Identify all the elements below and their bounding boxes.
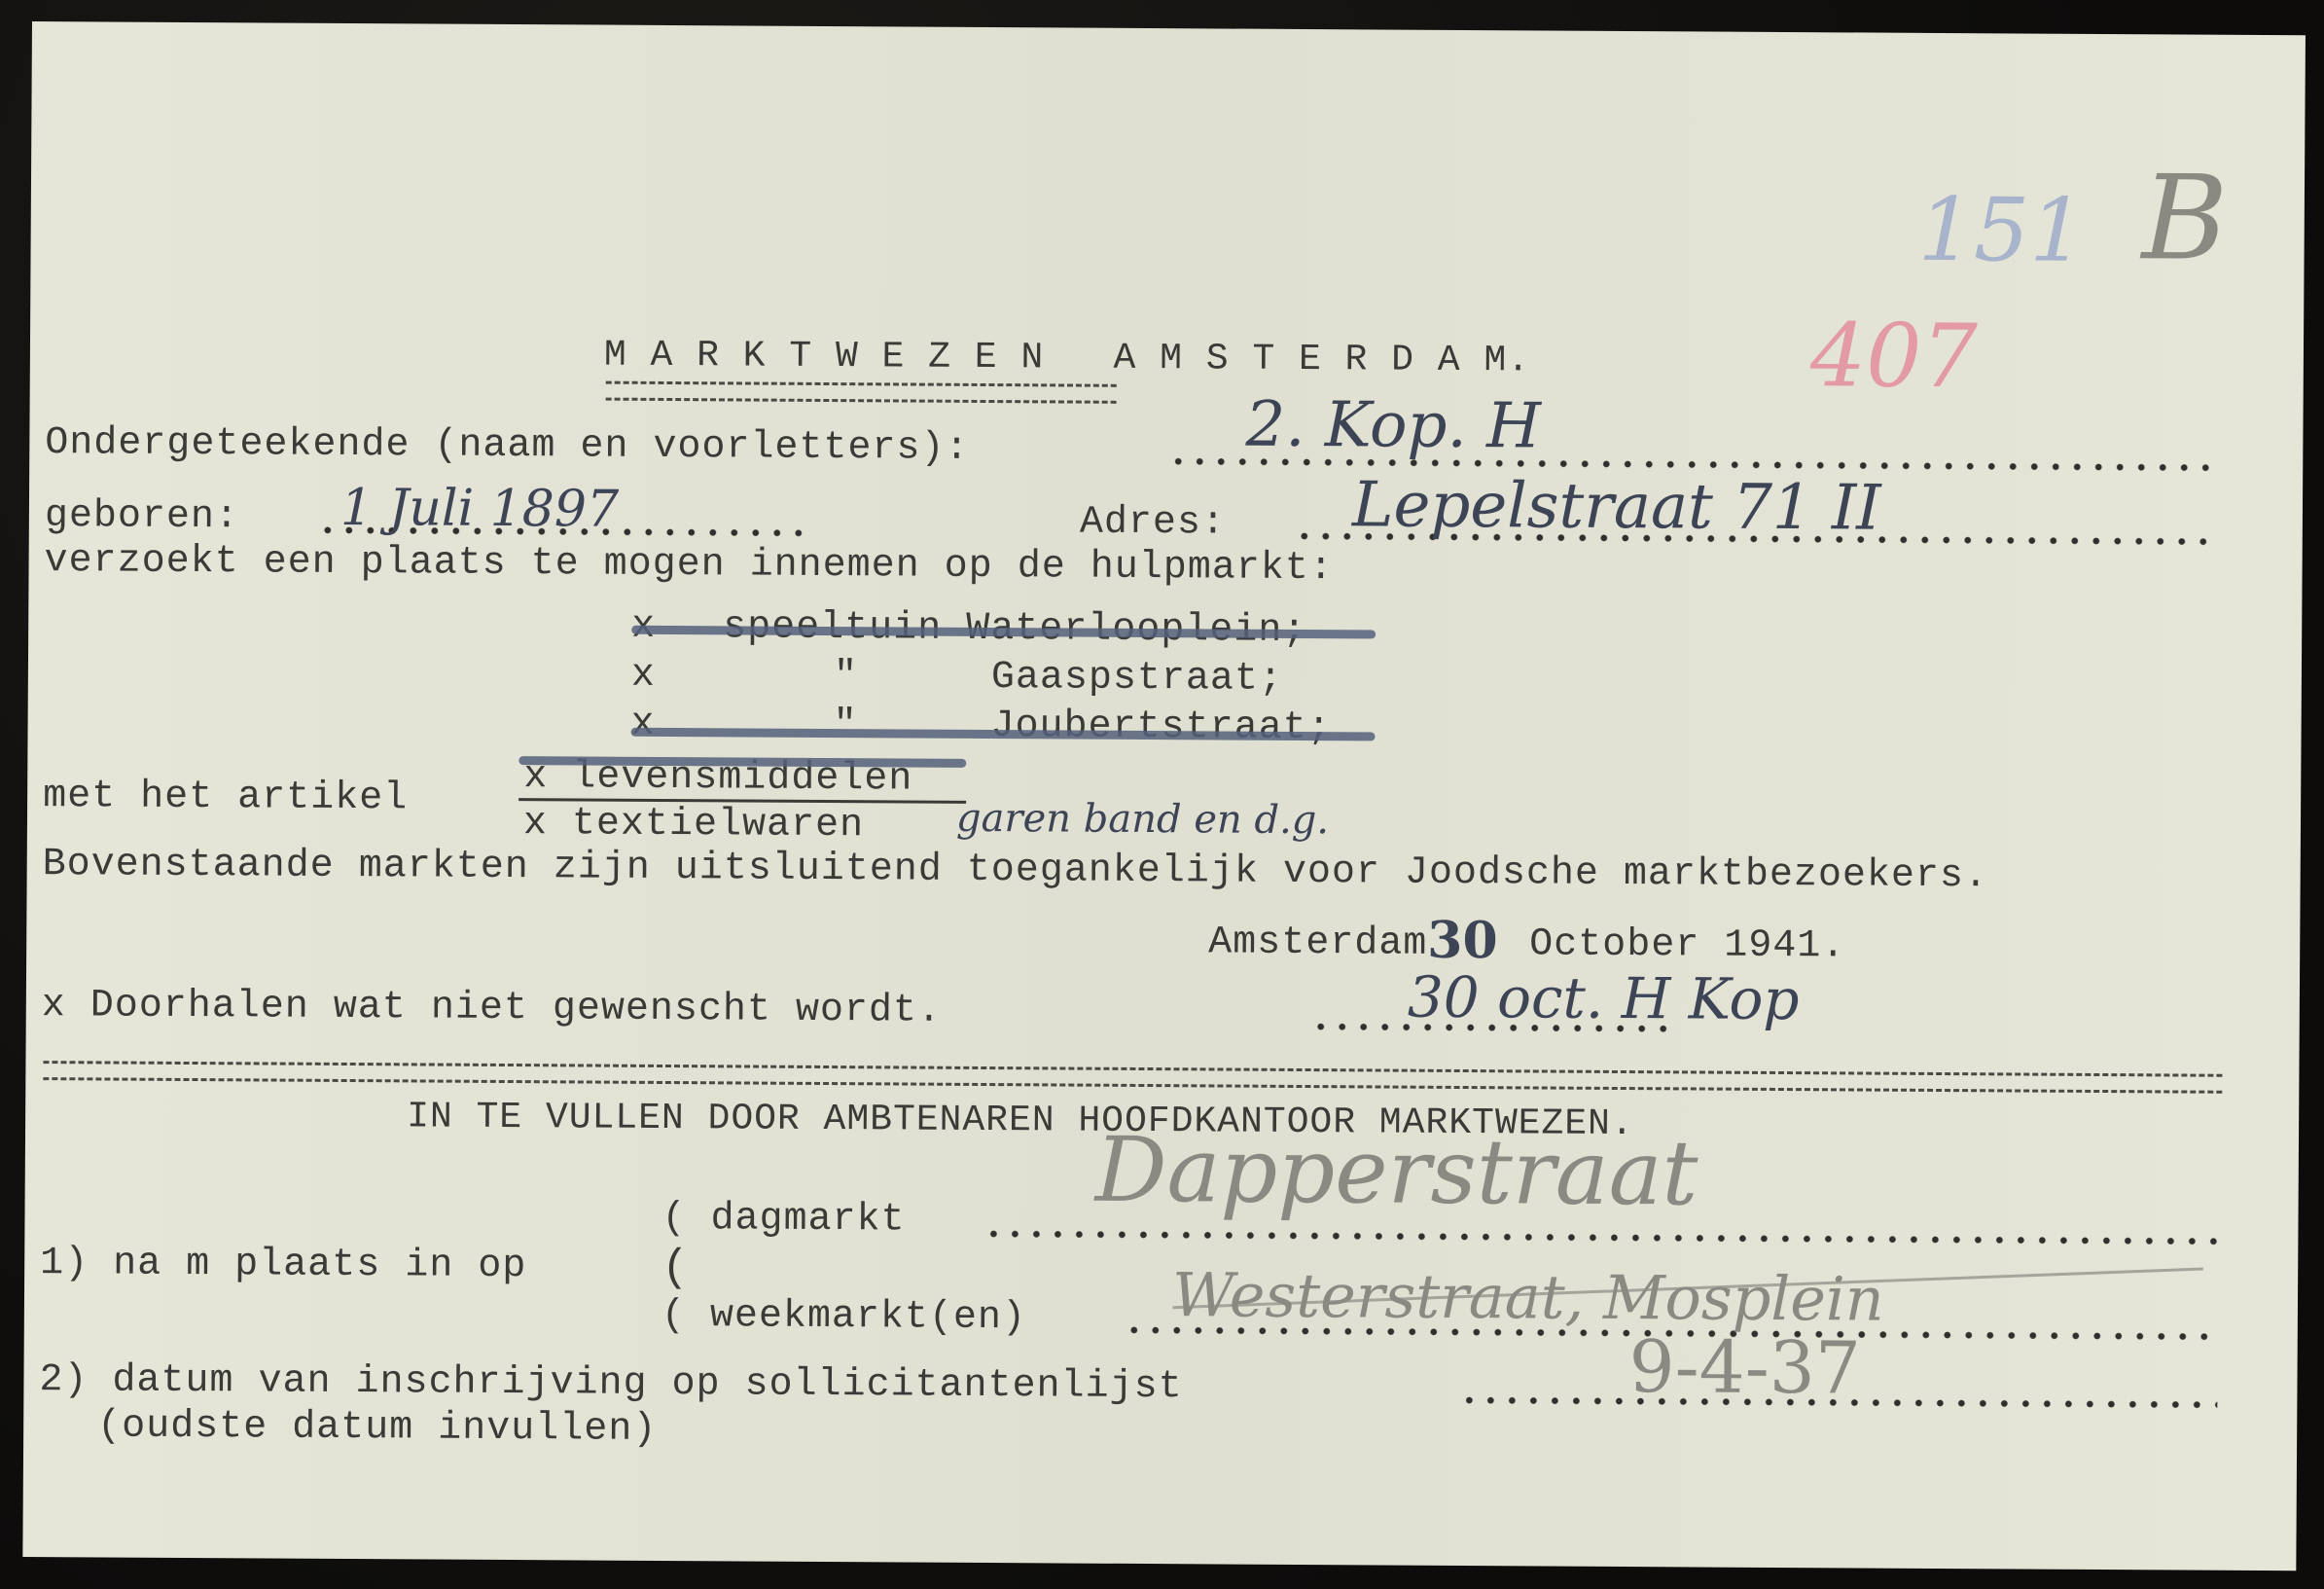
market-ditto: " <box>834 656 858 699</box>
article-option[interactable]: x levensmiddelen <box>32 21 2306 35</box>
place-label: Amsterdam <box>1208 921 1427 965</box>
form-card: 151 B 407 M A R K T W E Z E N A M S T E … <box>22 21 2306 1571</box>
section-double-divider <box>43 1061 2222 1094</box>
signature-field[interactable]: 30 oct. H Kop <box>1408 964 1800 1032</box>
article-handwritten-note: garen band en d.g. <box>956 796 1329 843</box>
article-option-text: x textielwaren <box>523 803 864 848</box>
article-label: met het artikel <box>43 776 408 820</box>
weekmarkt-label: ( weekmarkt(en) <box>661 1295 1026 1340</box>
name-field[interactable]: 2. Kop. H <box>1245 389 1541 463</box>
request-text: verzoekt een plaats te mogen innemen op … <box>44 540 1333 591</box>
item2-sublabel: (oudste datum invullen) <box>97 1405 657 1452</box>
margin-note-blue: 151 <box>1917 179 2085 282</box>
article-option[interactable]: x textielwaren <box>32 21 2306 35</box>
date-day-field[interactable]: 30 <box>1427 911 1498 970</box>
footnote-text: x Doorhalen wat niet gewenscht wordt. <box>42 985 942 1033</box>
market-item[interactable]: x " Joubertstraat; <box>32 21 2306 35</box>
address-field[interactable]: Lepelstraat 71 II <box>1352 469 1881 544</box>
market-list: x speeltuin Waterlooplein; x " Gaaspstra… <box>32 21 2306 35</box>
birth-field[interactable]: 1 Juli 1897 <box>340 479 619 539</box>
item2-label: 2) datum van inschrijving op sollicitant… <box>39 1359 1182 1409</box>
dagmarkt-dotted-line <box>983 1229 2218 1246</box>
title-double-underline <box>606 381 1117 404</box>
margin-note-red: 407 <box>1810 305 1978 408</box>
market-ditto: " <box>833 704 857 747</box>
market-name: Gaaspstraat; <box>991 657 1283 702</box>
market-item[interactable]: x " Gaaspstraat; <box>32 21 2306 35</box>
bracket: ( <box>661 1246 690 1289</box>
address-label: Adres: <box>1080 502 1226 546</box>
birth-label: geboren: <box>45 495 239 539</box>
item1-label: 1) na m plaats in op <box>40 1243 526 1288</box>
notice-text: Bovenstaande markten zijn uitsluitend to… <box>43 844 1989 898</box>
page-title: M A R K T W E Z E N A M S T E R D A M. <box>604 335 1530 383</box>
market-marker: x <box>631 655 656 698</box>
name-label: Ondergeteekende (naam en voorletters): <box>45 422 969 471</box>
market-name: Joubertstraat; <box>990 705 1331 750</box>
date-month-year: October 1941. <box>1529 923 1845 968</box>
market-item[interactable]: x speeltuin Waterlooplein; <box>32 21 2306 35</box>
dagmarkt-field[interactable]: Dapperstraat <box>1094 1118 1698 1226</box>
weekmarkt-field[interactable]: Westerstraat, Mosplein <box>1172 1259 1884 1334</box>
dagmarkt-label: ( dagmarkt <box>661 1198 905 1243</box>
market-marker: x <box>630 704 655 746</box>
margin-note-grey: B <box>2141 151 2228 287</box>
registration-date-field[interactable]: 9-4-37 <box>1628 1325 1861 1410</box>
